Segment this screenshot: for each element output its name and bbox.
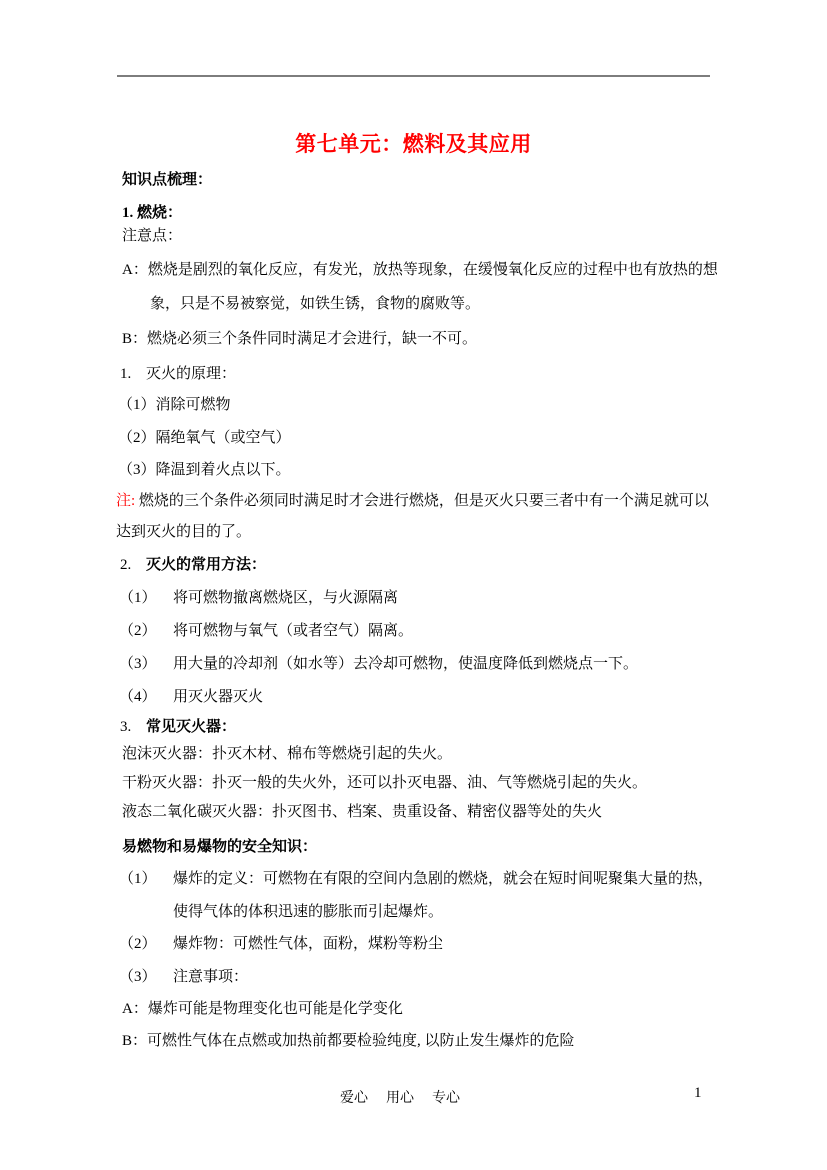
note-a-line1: A：燃烧是剧烈的氧化反应，有发光，放热等现象，在缓慢氧化反应的过程中也有放热的想 [122, 262, 718, 279]
document-page: 第七单元：燃料及其应用 知识点梳理： 1. 燃烧： 注意点： A：燃烧是剧烈的氧… [0, 0, 827, 1170]
safety-item-1-line1: （1）爆炸的定义：可燃物在有限的空间内急剧的燃烧，就会在短时间呢聚集大量的热， [119, 871, 713, 888]
motto-word-2: 用心 [386, 1091, 414, 1106]
safety-item-3: （3）注意事项： [119, 969, 248, 986]
item-text: 爆炸的定义：可燃物在有限的空间内急剧的燃烧，就会在短时间呢聚集大量的热， [173, 871, 713, 887]
note-b: B：燃烧必须三个条件同时满足才会进行，缺一不可。 [122, 331, 477, 348]
item-text: 注意事项： [173, 969, 248, 985]
footer-motto: 爱心用心专心 [340, 1087, 460, 1107]
safety-item-2: （2）爆炸物：可燃性气体，面粉，煤粉等粉尘 [119, 936, 443, 953]
safety-item-1-line2: 使得气体的体积迅速的膨胀而引起爆炸。 [173, 904, 443, 921]
heading-knowledge-points: 知识点梳理： [122, 172, 212, 189]
method-item-4: （4）用灭火器灭火 [119, 689, 263, 706]
page-number: 1 [694, 1085, 702, 1102]
extinguisher-co2: 液态二氧化碳灭火器：扑灭图书、档案、贵重设备、精密仪器等处的失火 [122, 804, 602, 821]
method-item-3: （3）用大量的冷却剂（如水等）去冷却可燃物，使温度降低到燃烧点一下。 [119, 656, 638, 673]
item-text: 爆炸物：可燃性气体，面粉，煤粉等粉尘 [173, 936, 443, 952]
principle-item-1: （1）消除可燃物 [118, 397, 231, 414]
list-number: （1） [119, 590, 173, 607]
list-number: （1） [119, 871, 173, 888]
note-annotation-line1: 注: 燃烧的三个条件必须同时满足时才会进行燃烧，但是灭火只要三者中有一个满足就可… [116, 493, 709, 510]
header-rule [117, 75, 710, 77]
list-number: （2） [119, 623, 173, 640]
method-item-1: （1）将可燃物撤离燃烧区，与火源隔离 [119, 590, 398, 607]
note-annotation-line2: 达到灭火的目的了。 [116, 524, 251, 541]
list-number: （3） [119, 969, 173, 986]
principle-item-3: （3）降温到着火点以下。 [118, 462, 291, 479]
page-title: 第七单元：燃料及其应用 [0, 128, 827, 158]
heading-text: 灭火的常用方法： [146, 557, 266, 573]
label-notes: 注意点： [122, 228, 182, 245]
extinguisher-dry-powder: 干粉灭火器：扑灭一般的失火外，还可以扑灭电器、油、气等燃烧引起的失火。 [122, 775, 647, 792]
caution-b: B：可燃性气体在点燃或加热前都要检验纯度, 以防止发生爆炸的危险 [122, 1033, 575, 1050]
note-text: 燃烧的三个条件必须同时满足时才会进行燃烧，但是灭火只要三者中有一个满足就可以 [135, 493, 709, 509]
item-text: 将可燃物撤离燃烧区，与火源隔离 [173, 590, 398, 606]
motto-word-3: 专心 [432, 1091, 460, 1106]
motto-word-1: 爱心 [340, 1091, 368, 1106]
principle-item-2: （2）隔绝氧气（或空气） [118, 430, 291, 447]
heading-extinguish-methods: 2.灭火的常用方法： [120, 557, 266, 574]
extinguisher-foam: 泡沫灭火器：扑灭木材、棉布等燃烧引起的失火。 [122, 746, 452, 763]
list-number: 2. [120, 557, 146, 574]
heading-extinguish-principle: 1.灭火的原理： [120, 366, 236, 383]
item-text: 用灭火器灭火 [173, 689, 263, 705]
list-number: （4） [119, 689, 173, 706]
list-number: （3） [119, 656, 173, 673]
heading-text: 常见灭火器： [146, 719, 236, 735]
method-item-2: （2）将可燃物与氧气（或者空气）隔离。 [119, 623, 413, 640]
heading-combustion: 1. 燃烧： [122, 205, 182, 222]
caution-a: A：爆炸可能是物理变化也可能是化学变化 [122, 1001, 403, 1018]
heading-text: 灭火的原理： [146, 366, 236, 382]
item-text: 用大量的冷却剂（如水等）去冷却可燃物，使温度降低到燃烧点一下。 [173, 656, 638, 672]
list-number: （2） [119, 936, 173, 953]
heading-extinguisher-types: 3.常见灭火器： [120, 719, 236, 736]
note-marker: 注: [116, 493, 135, 509]
item-text: 将可燃物与氧气（或者空气）隔离。 [173, 623, 413, 639]
list-number: 1. [120, 366, 146, 383]
note-a-line2: 象，只是不易被察觉，如铁生锈，食物的腐败等。 [150, 296, 480, 313]
heading-flammable-safety: 易燃物和易爆物的安全知识： [122, 839, 317, 856]
list-number: 3. [120, 719, 146, 736]
